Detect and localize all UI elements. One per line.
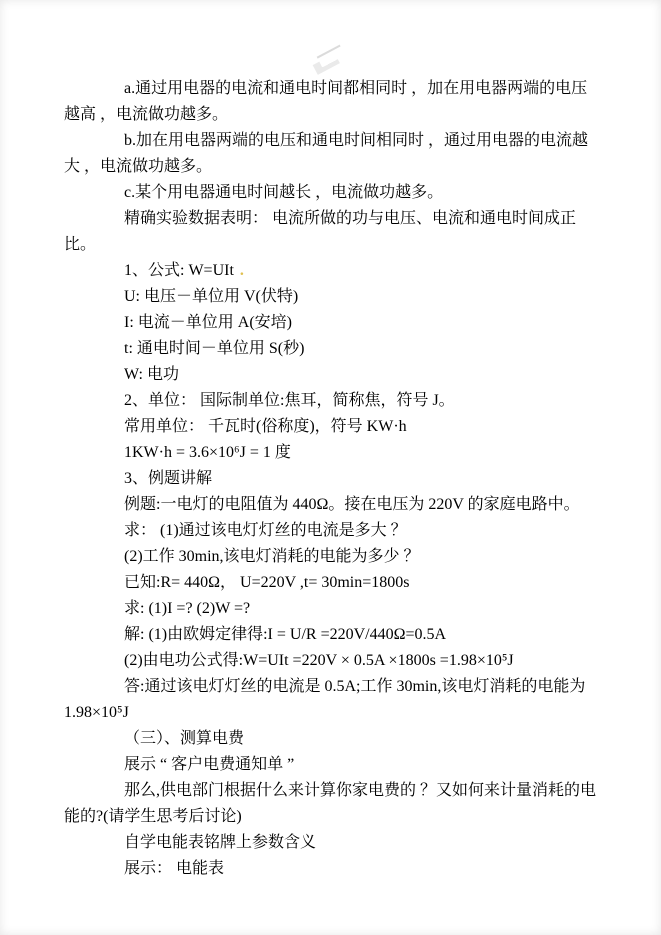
highlight-dot: . — [234, 262, 244, 279]
paragraph-text: 3、例题讲解 — [124, 470, 212, 487]
paragraph: 例题:一电灯的电阻值为 440Ω。接在电压为 220V 的家庭电路中。 — [64, 492, 601, 518]
paragraph-text: 精确实验数据表明： 电流所做的功与电压、电流和通电时间成正比。 — [64, 210, 576, 253]
paragraph-text: t: 通电时间－单位用 S(秒) — [124, 340, 304, 357]
paragraph: 已知:R= 440Ω， U=220V ,t= 30min=1800s — [64, 570, 601, 596]
paragraph: U: 电压－单位用 V(伏特) — [64, 284, 601, 310]
faint-watermark — [317, 45, 346, 68]
paragraph: 求: (1)I =? (2)W =? — [64, 596, 601, 622]
paragraph-text: U: 电压－单位用 V(伏特) — [124, 288, 298, 305]
paragraph: 解: (1)由欧姆定律得:I = U/R =220V/440Ω=0.5A — [64, 622, 601, 648]
paragraph: b.加在用电器两端的电压和通电时间相同时 ，通过用电器的电流越大 ，电流做功越多… — [64, 128, 601, 180]
paragraph: 常用单位： 千瓦时(俗称度)，符号 KW·h — [64, 414, 601, 440]
paragraph: 自学电能表铭牌上参数含义 — [64, 830, 601, 856]
paragraph-text: （三）、测算电费 — [124, 730, 244, 747]
paragraph-text: 已知:R= 440Ω， U=220V ,t= 30min=1800s — [124, 574, 410, 591]
paragraph-text: 答:通过该电灯灯丝的电流是 0.5A;工作 30min,该电灯消耗的电能为 1.… — [64, 678, 585, 721]
paragraph: 精确实验数据表明： 电流所做的功与电压、电流和通电时间成正比。 — [64, 206, 601, 258]
paragraph-text: 自学电能表铭牌上参数含义 — [124, 834, 316, 851]
paragraph-text: c.某个用电器通电时间越长 ，电流做功越多。 — [124, 184, 443, 201]
paragraph-text: 展示 “ 客户电费通知单 ” — [124, 756, 294, 773]
paragraph-text: 求: (1)I =? (2)W =? — [124, 600, 250, 617]
paragraph: I: 电流－单位用 A(安培) — [64, 310, 601, 336]
paragraph: （三）、测算电费 — [64, 726, 601, 752]
paragraph: (2)由电功公式得:W=UIt =220V × 0.5A ×1800s =1.9… — [64, 648, 601, 674]
paragraph-text: (2)工作 30min,该电灯消耗的电能为多少 ？ — [124, 548, 420, 565]
paragraph-text: I: 电流－单位用 A(安培) — [124, 314, 292, 331]
paragraph: c.某个用电器通电时间越长 ，电流做功越多。 — [64, 180, 601, 206]
paragraph-text: b.加在用电器两端的电压和通电时间相同时 ，通过用电器的电流越大 ，电流做功越多… — [64, 132, 588, 175]
paragraph: 答:通过该电灯灯丝的电流是 0.5A;工作 30min,该电灯消耗的电能为 1.… — [64, 674, 601, 726]
paragraph-text: 那么,供电部门根据什么来计算你家电费的 ？又如何来计量消耗的电能的?(请学生思考… — [64, 782, 596, 825]
paragraph: 1、公式: W=UIt. — [64, 258, 601, 284]
paragraph: (2)工作 30min,该电灯消耗的电能为多少 ？ — [64, 544, 601, 570]
paragraph-text: 常用单位： 千瓦时(俗称度)，符号 KW·h — [124, 418, 407, 435]
paragraph: 2、单位： 国际制单位:焦耳，简称焦，符号 J。 — [64, 388, 601, 414]
paragraph-text: 求： (1)通过该电灯灯丝的电流是多大 ？ — [124, 522, 407, 539]
paragraph-text: 解: (1)由欧姆定律得:I = U/R =220V/440Ω=0.5A — [124, 626, 446, 643]
paragraph: 展示： 电能表 — [64, 856, 601, 882]
paragraph: 展示 “ 客户电费通知单 ” — [64, 752, 601, 778]
paragraph: 3、例题讲解 — [64, 466, 601, 492]
paragraph: 求： (1)通过该电灯灯丝的电流是多大 ？ — [64, 518, 601, 544]
paragraph-text: 展示： 电能表 — [124, 860, 224, 877]
paragraph: t: 通电时间－单位用 S(秒) — [64, 336, 601, 362]
paragraph-text: 例题:一电灯的电阻值为 440Ω。接在电压为 220V 的家庭电路中。 — [124, 496, 580, 513]
paragraph-text: a.通过用电器的电流和通电时间都相同时 ，加在用电器两端的电压越高 ，电流做功越… — [64, 80, 587, 123]
document-page: a.通过用电器的电流和通电时间都相同时 ，加在用电器两端的电压越高 ，电流做功越… — [0, 0, 661, 935]
paragraph-text: 1、公式: W=UIt — [124, 262, 234, 279]
paragraph-text: 1KW·h = 3.6×10⁶J = 1 度 — [124, 444, 291, 461]
paragraph: 那么,供电部门根据什么来计算你家电费的 ？又如何来计量消耗的电能的?(请学生思考… — [64, 778, 601, 830]
paragraph: 1KW·h = 3.6×10⁶J = 1 度 — [64, 440, 601, 466]
paragraph: W: 电功 — [64, 362, 601, 388]
paragraph: a.通过用电器的电流和通电时间都相同时 ，加在用电器两端的电压越高 ，电流做功越… — [64, 76, 601, 128]
paragraph-text: W: 电功 — [124, 366, 179, 383]
paragraph-text: 2、单位： 国际制单位:焦耳，简称焦，符号 J。 — [124, 392, 455, 409]
paragraph-text: (2)由电功公式得:W=UIt =220V × 0.5A ×1800s =1.9… — [124, 652, 514, 669]
document-body: a.通过用电器的电流和通电时间都相同时 ，加在用电器两端的电压越高 ，电流做功越… — [64, 76, 601, 882]
